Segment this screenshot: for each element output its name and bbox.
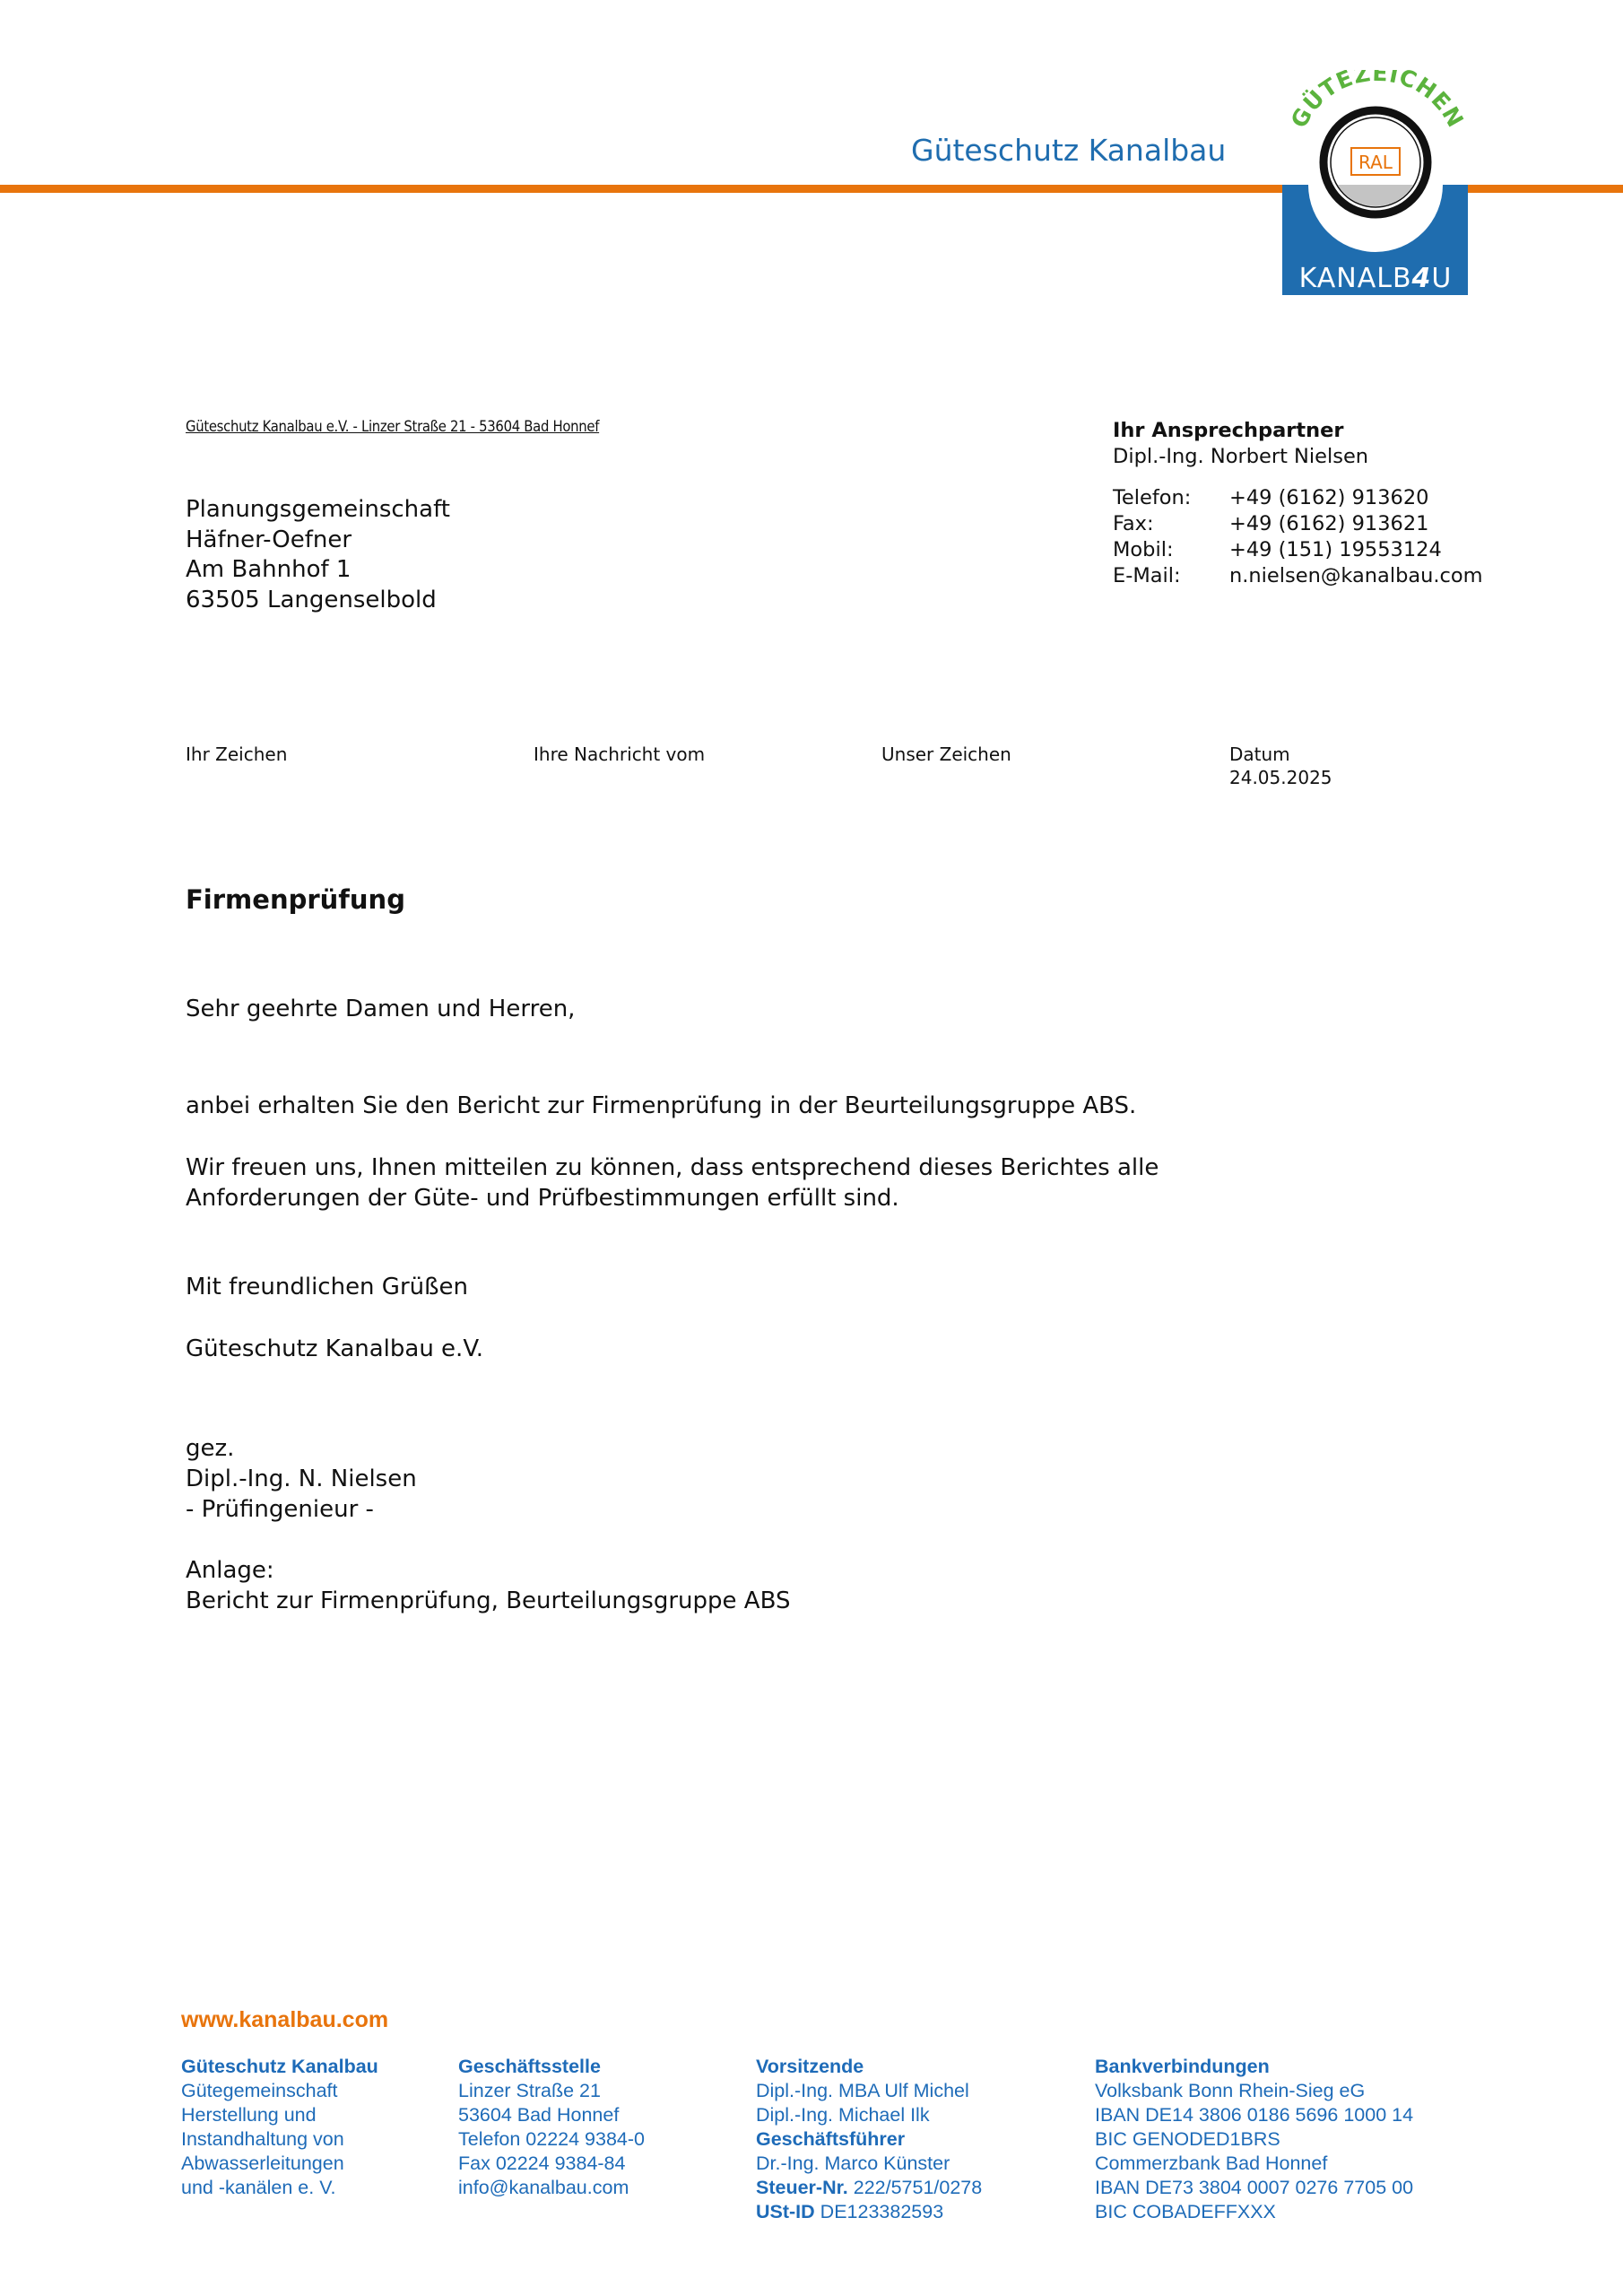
signatory-role: - Prüfingenieur - bbox=[186, 1494, 417, 1525]
closing: Mit freundlichen Grüßen bbox=[186, 1272, 468, 1302]
contact-value: +49 (151) 19553124 bbox=[1229, 537, 1442, 563]
footer-heading: Güteschutz Kanalbau bbox=[181, 2055, 378, 2079]
ref-ihre-nachricht: Ihre Nachricht vom bbox=[534, 743, 705, 766]
footer-line: Dipl.-Ing. Michael Ilk bbox=[756, 2103, 982, 2127]
footer-website-link[interactable]: www.kanalbau.com bbox=[181, 2007, 388, 2033]
signature-prefix: gez. bbox=[186, 1433, 417, 1464]
footer-tax-number: Steuer-Nr. 222/5751/0278 bbox=[756, 2176, 982, 2200]
footer-line: Instandhaltung von bbox=[181, 2127, 378, 2152]
attachment-item: Bericht zur Firmenprüfung, Beurteilungsg… bbox=[186, 1586, 790, 1616]
ref-datum: Datum 24.05.2025 bbox=[1229, 743, 1332, 789]
signatory-name: Dipl.-Ing. N. Nielsen bbox=[186, 1464, 417, 1494]
contact-value: +49 (6162) 913620 bbox=[1229, 485, 1429, 511]
footer-heading: Geschäftsführer bbox=[756, 2127, 982, 2152]
signature-block: gez. Dipl.-Ing. N. Nielsen - Prüfingenie… bbox=[186, 1433, 417, 1525]
footer-line: IBAN DE73 3804 0007 0276 7705 00 bbox=[1095, 2176, 1413, 2200]
contact-name: Dipl.-Ing. Norbert Nielsen bbox=[1113, 444, 1483, 470]
paragraph-1: anbei erhalten Sie den Bericht zur Firme… bbox=[186, 1091, 1136, 1121]
ref-label: Ihr Zeichen bbox=[186, 743, 287, 766]
recipient-line: Planungsgemeinschaft bbox=[186, 495, 450, 526]
footer-line: Volksbank Bonn Rhein-Sieg eG bbox=[1095, 2079, 1413, 2103]
contact-value: +49 (6162) 913621 bbox=[1229, 511, 1429, 537]
contact-label: Fax: bbox=[1113, 511, 1229, 537]
footer-tax-label: Steuer-Nr. bbox=[756, 2177, 848, 2198]
closing-organization: Güteschutz Kanalbau e.V. bbox=[186, 1334, 483, 1364]
ref-ihr-zeichen: Ihr Zeichen bbox=[186, 743, 287, 766]
ref-label: Unser Zeichen bbox=[881, 743, 1011, 766]
footer-line: IBAN DE14 3806 0186 5696 1000 14 bbox=[1095, 2103, 1413, 2127]
footer-tax-value: 222/5751/0278 bbox=[854, 2177, 982, 2198]
contact-person-block: Ihr Ansprechpartner Dipl.-Ing. Norbert N… bbox=[1113, 418, 1483, 589]
header-rule-right bbox=[1468, 185, 1623, 193]
footer-vat-value: DE123382593 bbox=[820, 2201, 943, 2222]
paragraph-2-line: Anforderungen der Güte- und Prüfbestimmu… bbox=[186, 1183, 1159, 1213]
contact-title: Ihr Ansprechpartner bbox=[1113, 418, 1483, 444]
footer-col-board: Vorsitzende Dipl.-Ing. MBA Ulf Michel Di… bbox=[756, 2055, 982, 2224]
letter-date: 24.05.2025 bbox=[1229, 766, 1332, 789]
footer-line: Commerzbank Bad Honnef bbox=[1095, 2152, 1413, 2176]
footer-line: Abwasserleitungen bbox=[181, 2152, 378, 2176]
footer-col-office: Geschäftsstelle Linzer Straße 21 53604 B… bbox=[458, 2055, 645, 2200]
contact-row-mobile: Mobil: +49 (151) 19553124 bbox=[1113, 537, 1483, 563]
contact-row-email: E-Mail: n.nielsen@kanalbau.com bbox=[1113, 563, 1483, 589]
footer-line: Linzer Straße 21 bbox=[458, 2079, 645, 2103]
attachment-block: Anlage: Bericht zur Firmenprüfung, Beurt… bbox=[186, 1555, 790, 1616]
ref-label: Datum bbox=[1229, 743, 1332, 766]
guetezeichen-kanalbau-logo: RAL GÜTEZEICHEN KANALB4U bbox=[1271, 70, 1480, 299]
contact-label: E-Mail: bbox=[1113, 563, 1229, 589]
footer-line: BIC GENODED1BRS bbox=[1095, 2127, 1413, 2152]
footer-line: Dr.-Ing. Marco Künster bbox=[756, 2152, 982, 2176]
contact-email-link[interactable]: n.nielsen@kanalbau.com bbox=[1229, 563, 1483, 589]
contact-label: Telefon: bbox=[1113, 485, 1229, 511]
recipient-address: Planungsgemeinschaft Häfner-Oefner Am Ba… bbox=[186, 495, 450, 615]
footer-line: Gütegemeinschaft bbox=[181, 2079, 378, 2103]
recipient-line: Häfner-Oefner bbox=[186, 526, 450, 556]
recipient-line: 63505 Langenselbold bbox=[186, 586, 450, 616]
header-rule-left bbox=[0, 185, 1282, 193]
footer-email-link[interactable]: info@kanalbau.com bbox=[458, 2176, 645, 2200]
footer-col-organization: Güteschutz Kanalbau Gütegemeinschaft Her… bbox=[181, 2055, 378, 2200]
attachment-label: Anlage: bbox=[186, 1555, 790, 1586]
footer-vat-id: USt-ID DE123382593 bbox=[756, 2200, 982, 2224]
footer-heading: Bankverbindungen bbox=[1095, 2055, 1413, 2079]
footer-line: Dipl.-Ing. MBA Ulf Michel bbox=[756, 2079, 982, 2103]
footer-heading: Vorsitzende bbox=[756, 2055, 982, 2079]
recipient-line: Am Bahnhof 1 bbox=[186, 555, 450, 586]
contact-row-phone: Telefon: +49 (6162) 913620 bbox=[1113, 485, 1483, 511]
ref-label: Ihre Nachricht vom bbox=[534, 743, 705, 766]
footer-col-banks: Bankverbindungen Volksbank Bonn Rhein-Si… bbox=[1095, 2055, 1413, 2224]
salutation: Sehr geehrte Damen und Herren, bbox=[186, 994, 575, 1024]
footer-line: und -kanälen e. V. bbox=[181, 2176, 378, 2200]
ral-badge-text: RAL bbox=[1358, 152, 1393, 173]
footer-line: 53604 Bad Honnef bbox=[458, 2103, 645, 2127]
contact-row-fax: Fax: +49 (6162) 913621 bbox=[1113, 511, 1483, 537]
kanalbau-logo-text: KANALB4U bbox=[1299, 263, 1453, 294]
contact-label: Mobil: bbox=[1113, 537, 1229, 563]
sender-return-address: Güteschutz Kanalbau e.V. - Linzer Straße… bbox=[186, 418, 599, 435]
footer-heading: Geschäftsstelle bbox=[458, 2055, 645, 2079]
paragraph-2-line: Wir freuen uns, Ihnen mitteilen zu könne… bbox=[186, 1152, 1159, 1183]
paragraph-2: Wir freuen uns, Ihnen mitteilen zu könne… bbox=[186, 1152, 1159, 1213]
footer-line: Herstellung und bbox=[181, 2103, 378, 2127]
footer-vat-label: USt-ID bbox=[756, 2201, 815, 2222]
footer-line: Fax 02224 9384-84 bbox=[458, 2152, 645, 2176]
ref-unser-zeichen: Unser Zeichen bbox=[881, 743, 1011, 766]
footer-line: Telefon 02224 9384-0 bbox=[458, 2127, 645, 2152]
footer-line: BIC COBADEFFXXX bbox=[1095, 2200, 1413, 2224]
brand-name: Güteschutz Kanalbau bbox=[911, 133, 1226, 168]
letter-subject: Firmenprüfung bbox=[186, 884, 405, 915]
